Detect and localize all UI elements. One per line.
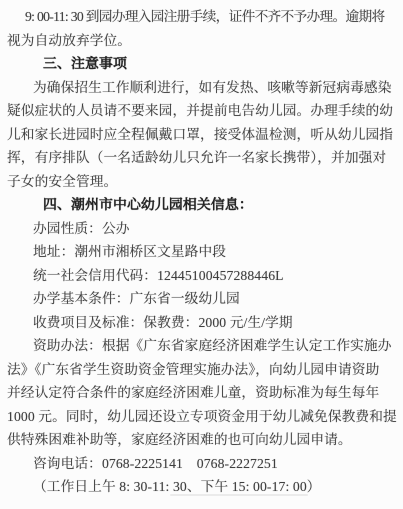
info-line-conditions: 办学基本条件：广东省一级幼儿园 [7,287,393,311]
doc-line-precaution-4: 挥，有序排队（一名适龄幼儿只允许一名家长携带），并加强对 [7,146,393,170]
doc-line-precaution-2: 疑似症状的人员请不要来园，并提前电告幼儿园。办理手续的幼 [7,99,393,123]
doc-line-funding-5: 供特殊困难补助等，家庭经济困难的也可向幼儿园申请。 [7,428,393,452]
document-page: 9: 00-11: 30 到园办理入园注册手续，证件不齐不予办理。逾期将 视为自… [0,0,403,509]
doc-line-funding-4: 1000 元。同时，幼儿园还设立专项资金用于幼儿减免保教费和提 [7,405,393,429]
scan-bleed-artifact [170,494,308,496]
info-line-credit-code: 统一社会信用代码：12445100457288446L [7,264,393,288]
info-line-phone: 咨询电话：0768-2225141 0768-2227251 [7,452,393,476]
info-line-fees: 收费项目及标准：保教费：2000 元/生/学期 [7,311,393,335]
doc-line-registration-deadline: 9: 00-11: 30 到园办理入园注册手续，证件不齐不予办理。逾期将 [7,5,393,29]
doc-line-funding-1: 资助办法：根据《广东省家庭经济困难学生认定工作实施办 [7,334,393,358]
doc-line-precaution-5: 子女的安全管理。 [7,170,393,194]
doc-line-funding-2: 法》《广东省学生资助资金管理实施办法》，向幼儿园申请资助 [7,358,393,382]
info-line-address: 地址：潮州市湘桥区文星路中段 [7,240,393,264]
info-line-nature: 办园性质：公办 [7,217,393,241]
section-heading-precautions: 三、注意事项 [7,52,393,76]
doc-line-forfeit-notice: 视为自动放弃学位。 [7,29,393,53]
doc-line-precaution-3: 儿和家长进园时应全程佩戴口罩，接受体温检测，听从幼儿园指 [7,123,393,147]
doc-line-precaution-1: 为确保招生工作顺利进行，如有发热、咳嗽等新冠病毒感染 [7,76,393,100]
doc-line-funding-3: 并经认定符合条件的家庭经济困难儿童，资助标准为每生每年 [7,381,393,405]
section-heading-kindergarten-info: 四、潮州市中心幼儿园相关信息： [7,193,393,217]
